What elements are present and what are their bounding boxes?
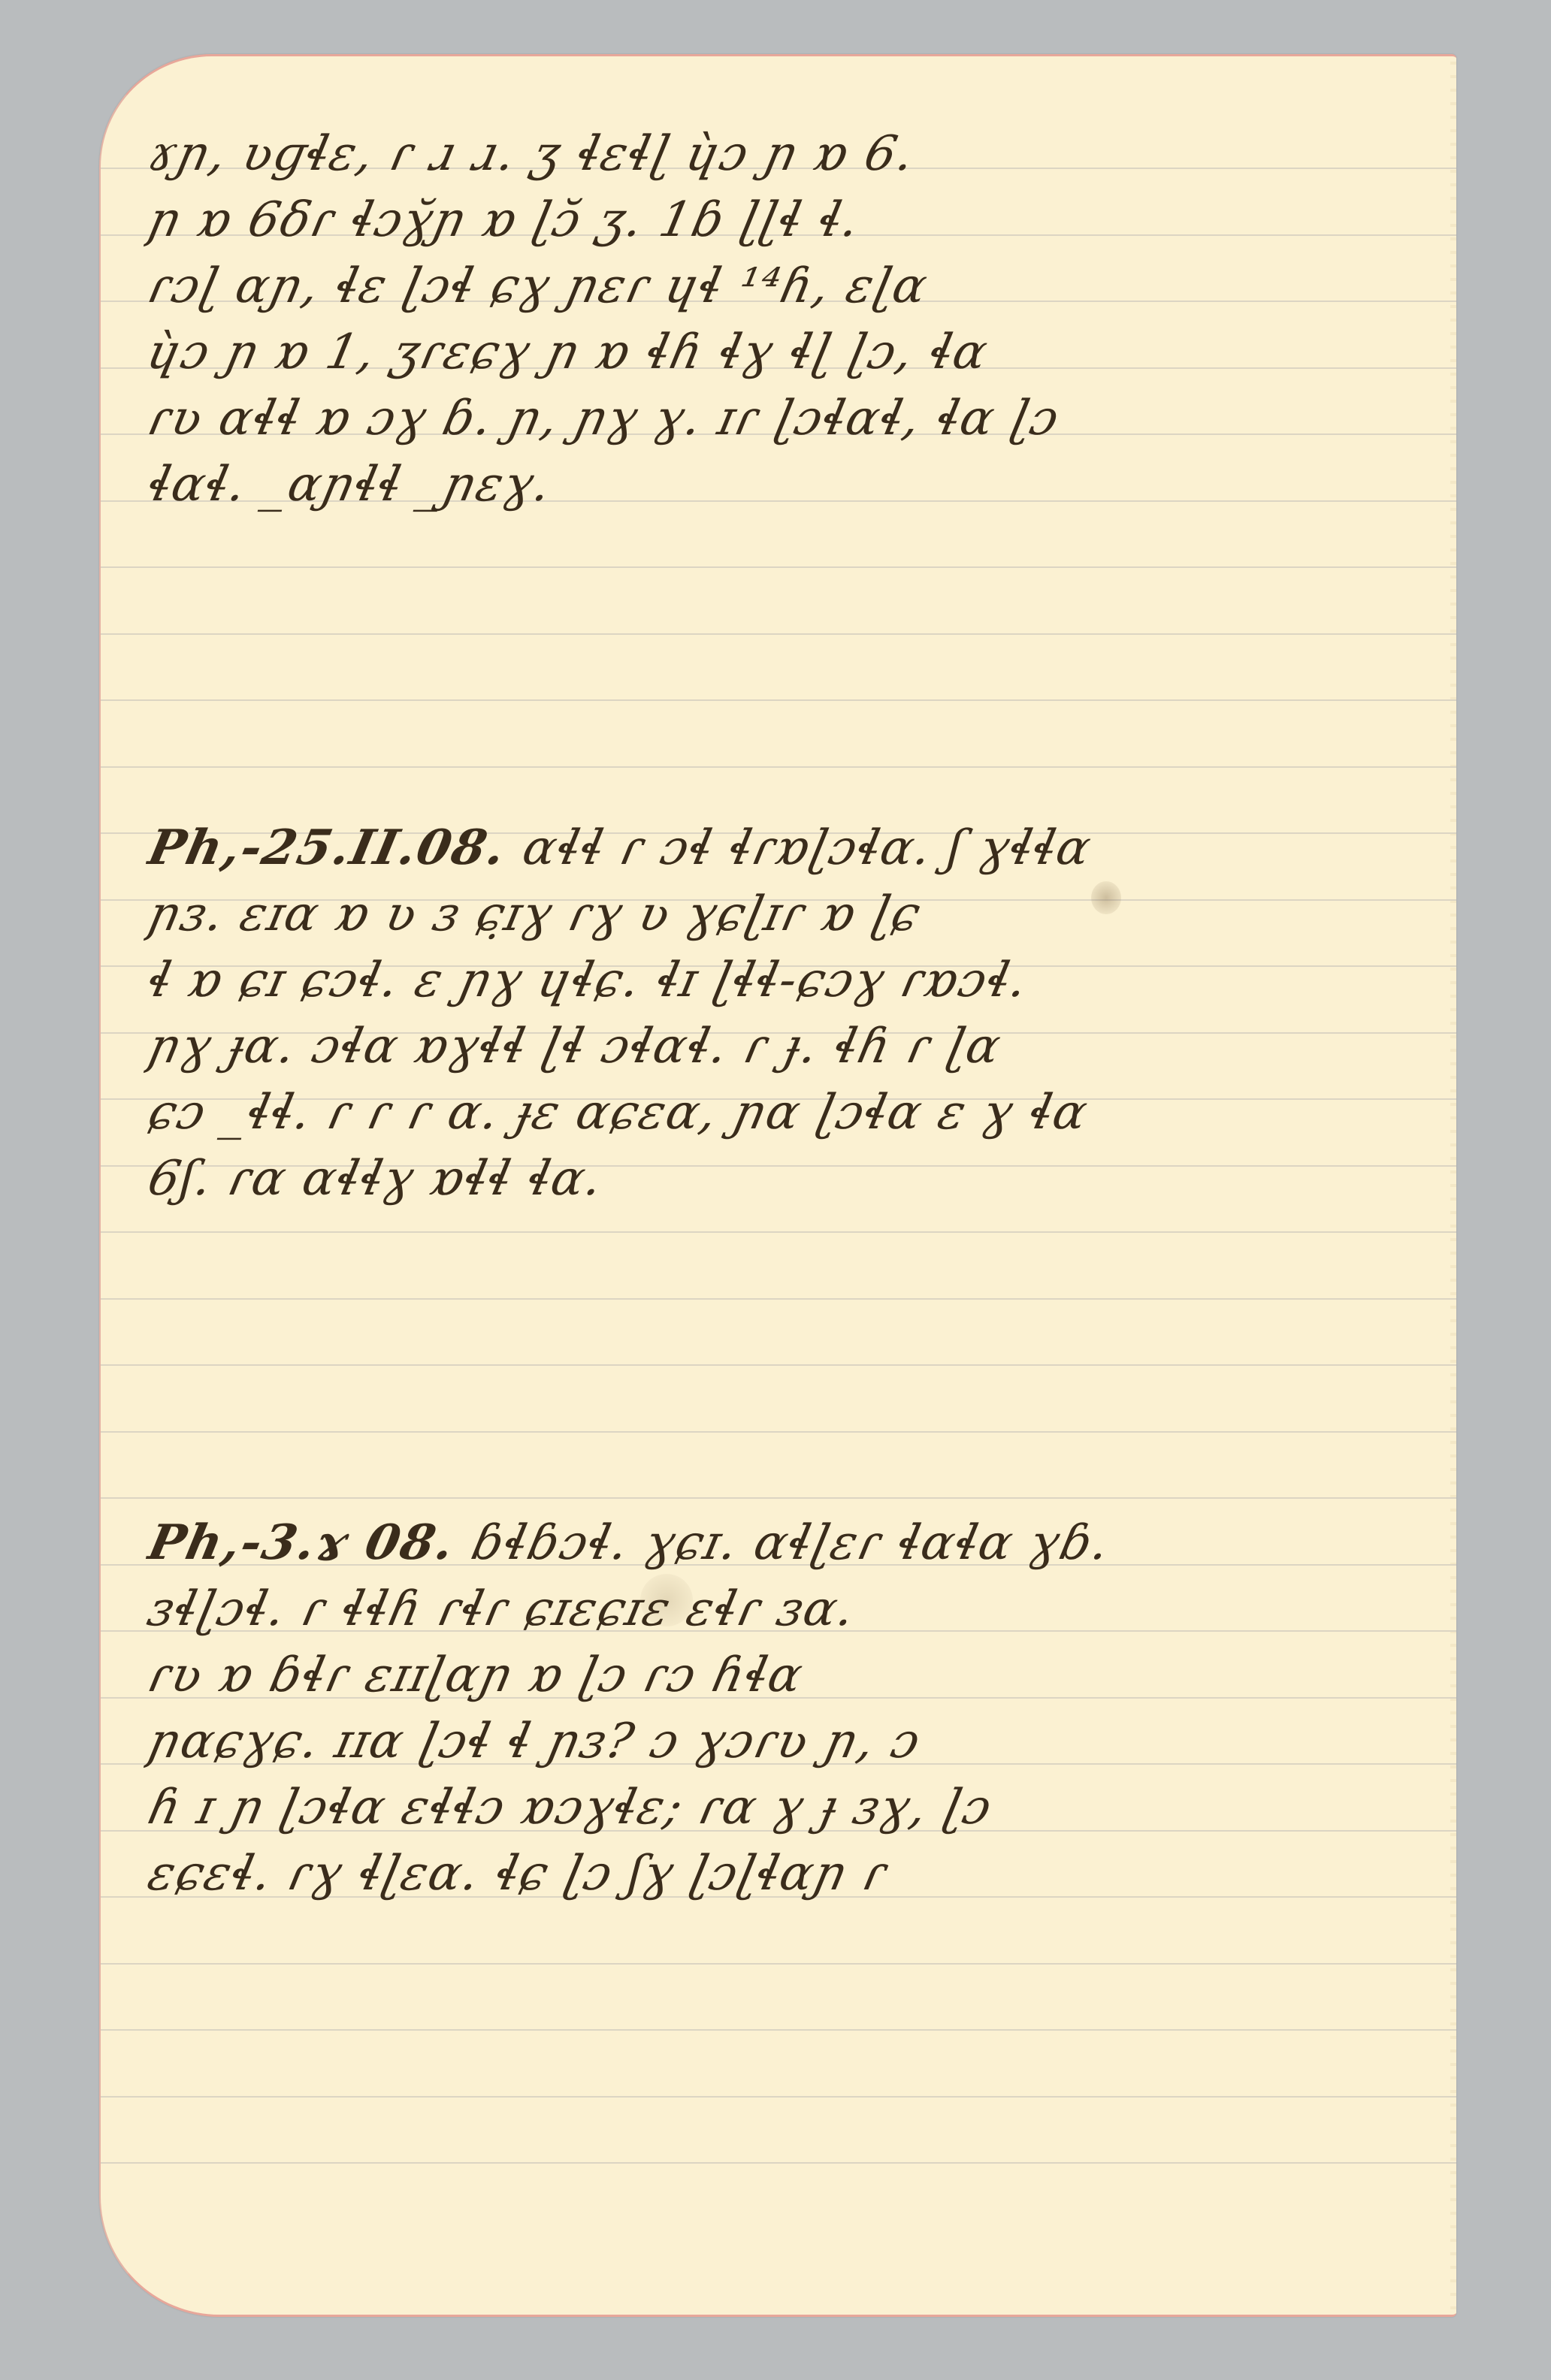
ruled-line bbox=[101, 699, 1456, 701]
entry-3-date: Ph,-3.ɤ 08. bbox=[143, 1515, 460, 1571]
entry-3-line-1-text: ɓɬɓɔɬ. ɣɕɪ. ɑɬɭɛɾ ɬɑɬɑ ɣɓ. bbox=[467, 1515, 1115, 1571]
entry-1-line-1: ɤɲ, ʋɡɬɛ, ɾ ɹ ɹ. ʒ ɬɛɬɭ ɥ̀ɔ ɲ ɒ 6. bbox=[142, 121, 1448, 187]
entry-1-line-4: ɥ̀ɔ ɲ ɒ 1, ʒɾɛɕɣ ɲ ɒ ɬɦ ɬɣ ɬɭ ɭɔ, ɬɑ bbox=[142, 319, 1448, 385]
entry-1-line-5: ɾʋ ɑɬɬ ɒ ɔɣ ɓ. ɲ, ɲɣ ɣ. ɪɾ ɭɔɬɑɬ, ɬɑ ɭɔ bbox=[142, 385, 1448, 452]
entry-2-line-3: ɬ ɒ ɕɪ ɕɔɬ. ɛ ɲɣ ɥɬɕ. ɬɪ ɭɬɬ-ɕɔɣ ɾɒɔɬ. bbox=[142, 947, 1448, 1013]
entry-2-line-5: ɕɔ _ɬɬ. ɾ ɾ ɾ ɑ. ɟɛ ɑɕɛɑ, ɲɑ ɭɔɬɑ ɛ ɣ ɬɑ bbox=[142, 1080, 1448, 1146]
ruled-line bbox=[101, 633, 1456, 635]
ruled-line bbox=[101, 2029, 1456, 2031]
ruled-line bbox=[101, 1963, 1456, 1965]
entry-3-line-1: Ph,-3.ɤ 08. ɓɬɓɔɬ. ɣɕɪ. ɑɬɭɛɾ ɬɑɬɑ ɣɓ. bbox=[142, 1510, 1448, 1576]
ruled-line bbox=[101, 766, 1456, 768]
entry-2-line-6: 6ʃ. ɾɑ ɑɬɬɣ ɒɬɬ ɬɑ. bbox=[142, 1146, 1448, 1212]
entry-3-line-4: ɲɑɕɣɕ. ɪɪɑ ɭɔɬ ɬ ɲɜ? ɔ ɣɔɾʋ ɲ, ɔ bbox=[142, 1708, 1448, 1774]
ruled-line bbox=[101, 1431, 1456, 1433]
entry-3-line-6: ɛɕɛɬ. ɾɣ ɬɭɛɑ. ɬɕ ɭɔ ʃɣ ɭɔɭɬɑɲ ɾ bbox=[142, 1841, 1448, 1907]
entry-2-date: Ph,-25.II.08. bbox=[143, 820, 511, 876]
ruled-line bbox=[101, 1298, 1456, 1300]
entry-1-line-6: ɬɑɬ. _ɑɲɬɬ _ɲɛɣ. bbox=[142, 452, 1448, 518]
torn-right-edge bbox=[1450, 56, 1456, 2315]
ruled-line bbox=[101, 2162, 1456, 2164]
ruled-line bbox=[101, 566, 1456, 568]
manuscript-page: ɤɲ, ʋɡɬɛ, ɾ ɹ ɹ. ʒ ɬɛɬɭ ɥ̀ɔ ɲ ɒ 6. ɲ ɒ 6… bbox=[99, 54, 1456, 2317]
entry-2-line-1: Ph,-25.II.08. ɑɬɬ ɾ ɔɬ ɬɾɒɭɔɬɑ. ʃ ɣɬɬɑ bbox=[142, 815, 1448, 881]
ruled-line bbox=[101, 1231, 1456, 1233]
entry-1-line-3: ɾɔɭ ɑɲ, ɬɛ ɭɔɬ ɕɣ ɲɛɾ ɥɬ ¹⁴ɦ, ɛɭɑ bbox=[142, 253, 1448, 319]
entry-3-line-2: ɜɬɭɔɬ. ɾ ɬɬɦ ɾɬɾ ɕɪɛɕɪɛ ɛɬɾ ɜɑ. bbox=[142, 1576, 1448, 1642]
entry-2-line-4: ɲɣ ɟɑ. ɔɬɑ ɒɣɬɬ ɭɬ ɔɬɑɬ. ɾ ɟ. ɬɦ ɾ ɭɑ bbox=[142, 1013, 1448, 1080]
ruled-line bbox=[101, 1364, 1456, 1366]
ruled-line bbox=[101, 2096, 1456, 2098]
entry-1-line-2: ɲ ɒ 6ẟɾ ɬɔɣ̆ɲ ɒ ɭɔ̆ ʒ. 1ɓ ɭɭɬ ɬ. bbox=[142, 187, 1448, 253]
entry-3-line-5: ɦ ɪ ɲ ɭɔɬɑ ɛɬɬɔ ɒɔɣɬɛ; ɾɑ ɣ ɟ ɜɣ, ɭɔ bbox=[142, 1774, 1448, 1841]
ruled-line bbox=[101, 1497, 1456, 1499]
entry-2-line-2: ɲɜ. ɛɪɑ ɒ ʋ ɜ ɕ̣ɪɣ ɾɣ ʋ ɣɕɭɪɾ ɒ ɭɕ bbox=[142, 881, 1448, 947]
entry-2-line-1-text: ɑɬɬ ɾ ɔɬ ɬɾɒɭɔɬɑ. ʃ ɣɬɬɑ bbox=[518, 820, 1097, 876]
entry-3-line-3: ɾʋ ɒ ɓɬɾ ɛɪɪɭɑɲ ɒ ɭɔ ɾɔ ɦɬɑ bbox=[142, 1642, 1448, 1708]
